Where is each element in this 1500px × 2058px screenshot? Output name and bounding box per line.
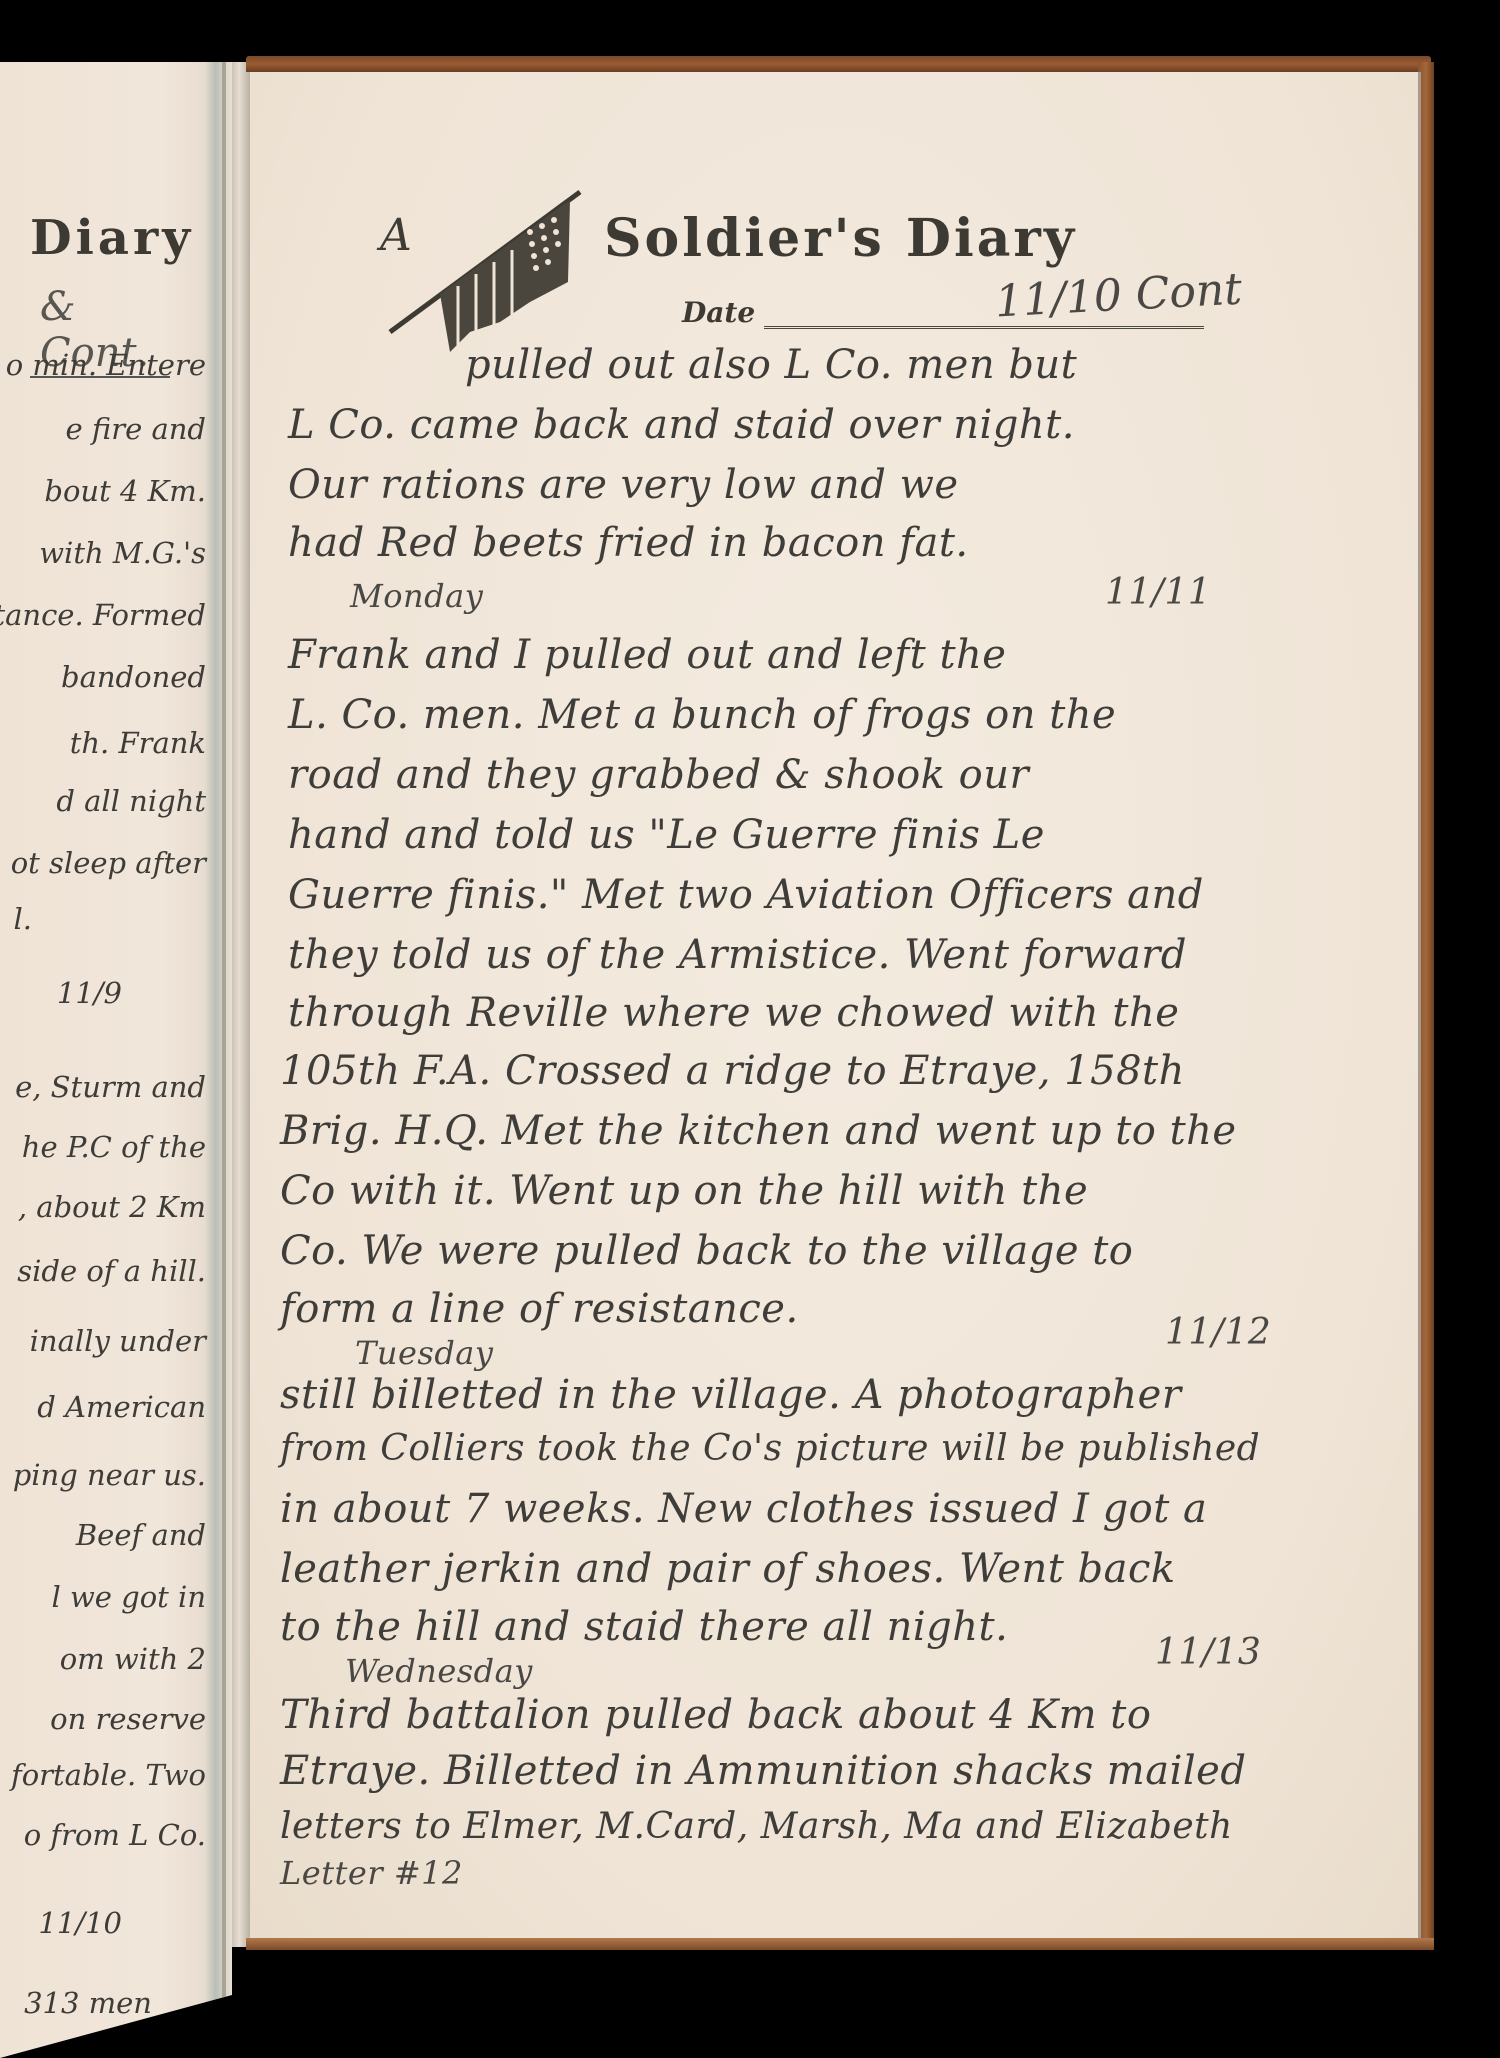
entry-day: Tuesday	[355, 1334, 493, 1372]
entry-line: to the hill and staid there all night.	[280, 1604, 1008, 1650]
left-line-date: 11/9	[57, 976, 122, 1010]
left-line: ot sleep after	[11, 846, 206, 880]
left-line-date: 11/10	[38, 1906, 122, 1940]
left-line: ping near us.	[13, 1458, 206, 1492]
entry-line: Co. We were pulled back to the village t…	[280, 1228, 1133, 1274]
cover-bottom-edge	[246, 1938, 1434, 1950]
left-line: e, Sturm and	[15, 1070, 206, 1104]
entry-date: 11/11	[1105, 572, 1211, 613]
entry-date: 11/13	[1155, 1632, 1261, 1673]
entry-line: through Reville where we chowed with the	[288, 990, 1179, 1036]
entry-line: L. Co. men. Met a bunch of frogs on the	[288, 692, 1116, 738]
entry-line: Frank and I pulled out and left the	[288, 632, 1006, 678]
left-line: stance. Formed	[0, 598, 206, 632]
entry-line: still billetted in the village. A photog…	[280, 1372, 1181, 1418]
entry-line: 105th F.A. Crossed a ridge to Etraye, 15…	[280, 1048, 1185, 1094]
left-line: with M.G.'s	[39, 536, 206, 570]
entry-line: letters to Elmer, M.Card, Marsh, Ma and …	[280, 1806, 1233, 1847]
left-line: bandoned	[61, 660, 206, 694]
entry-line: they told us of the Armistice. Went forw…	[288, 932, 1187, 978]
american-flag-icon	[380, 182, 590, 362]
left-line: d American	[37, 1390, 206, 1424]
page-title: Soldier's Diary	[604, 208, 1077, 269]
left-line: inally under	[30, 1324, 206, 1358]
entry-line: pulled out also L Co. men but	[465, 342, 1077, 388]
date-label: Date	[682, 296, 755, 329]
left-page: Diary & Cont. o min. Entere e fire and b…	[0, 62, 232, 2058]
entry-line: Our rations are very low and we	[288, 462, 959, 508]
diary-page: A Soldier's Diary Date 11/10 Cont pulled…	[250, 72, 1421, 1938]
left-line: th. Frank	[70, 726, 206, 760]
left-line: e fire and	[66, 412, 207, 446]
entry-date: 11/12	[1165, 1312, 1271, 1353]
entry-line: Brig. H.Q. Met the kitchen and went up t…	[280, 1108, 1237, 1154]
entry-line: Etraye. Billetted in Ammunition shacks m…	[280, 1748, 1246, 1794]
left-line: o from L Co.	[24, 1818, 206, 1852]
entry-line: in about 7 weeks. New clothes issued I g…	[280, 1486, 1207, 1532]
entry-day: Monday	[350, 577, 483, 615]
entry-line: Letter #12	[280, 1854, 463, 1892]
left-line: l we got in	[51, 1580, 206, 1614]
page-header: A Soldier's Diary Date 11/10 Cont	[250, 72, 1418, 272]
cover-top-edge	[246, 56, 1431, 72]
entry-line: Co with it. Went up on the hill with the	[280, 1168, 1088, 1214]
left-line: he P.C of the	[22, 1130, 206, 1164]
entry-line: road and they grabbed & shook our	[288, 752, 1029, 798]
entry-line: Guerre finis." Met two Aviation Officers…	[288, 872, 1204, 918]
entry-line: form a line of resistance.	[280, 1286, 799, 1332]
entry-line: Third battalion pulled back about 4 Km t…	[280, 1692, 1151, 1738]
left-line: o min. Entere	[6, 348, 206, 382]
left-page-gutter	[222, 62, 226, 2058]
left-line: Beef and	[76, 1518, 206, 1552]
date-rule	[764, 326, 1204, 329]
left-line: om with 2	[60, 1642, 206, 1676]
left-line: side of a hill.	[17, 1254, 206, 1288]
entry-line: hand and told us "Le Guerre finis Le	[288, 812, 1045, 858]
entry-line: L Co. came back and staid over night.	[288, 402, 1075, 448]
entry-line: had Red beets fried in bacon fat.	[288, 520, 969, 566]
left-line: fortable. Two	[11, 1758, 206, 1792]
book-spine	[232, 62, 250, 1947]
entry-line: leather jerkin and pair of shoes. Went b…	[280, 1546, 1176, 1592]
left-page-title: Diary	[30, 210, 194, 266]
left-line: d all night	[56, 784, 206, 818]
left-line: 313 men	[24, 1986, 152, 2020]
left-line: bout 4 Km.	[44, 474, 206, 508]
left-line: on reserve	[50, 1702, 206, 1736]
left-line: l.	[14, 902, 33, 936]
date-value: 11/10 Cont	[994, 264, 1243, 328]
left-line: , about 2 Km	[18, 1190, 206, 1224]
entry-day: Wednesday	[345, 1652, 533, 1690]
entry-line: from Colliers took the Co's picture will…	[280, 1428, 1260, 1469]
